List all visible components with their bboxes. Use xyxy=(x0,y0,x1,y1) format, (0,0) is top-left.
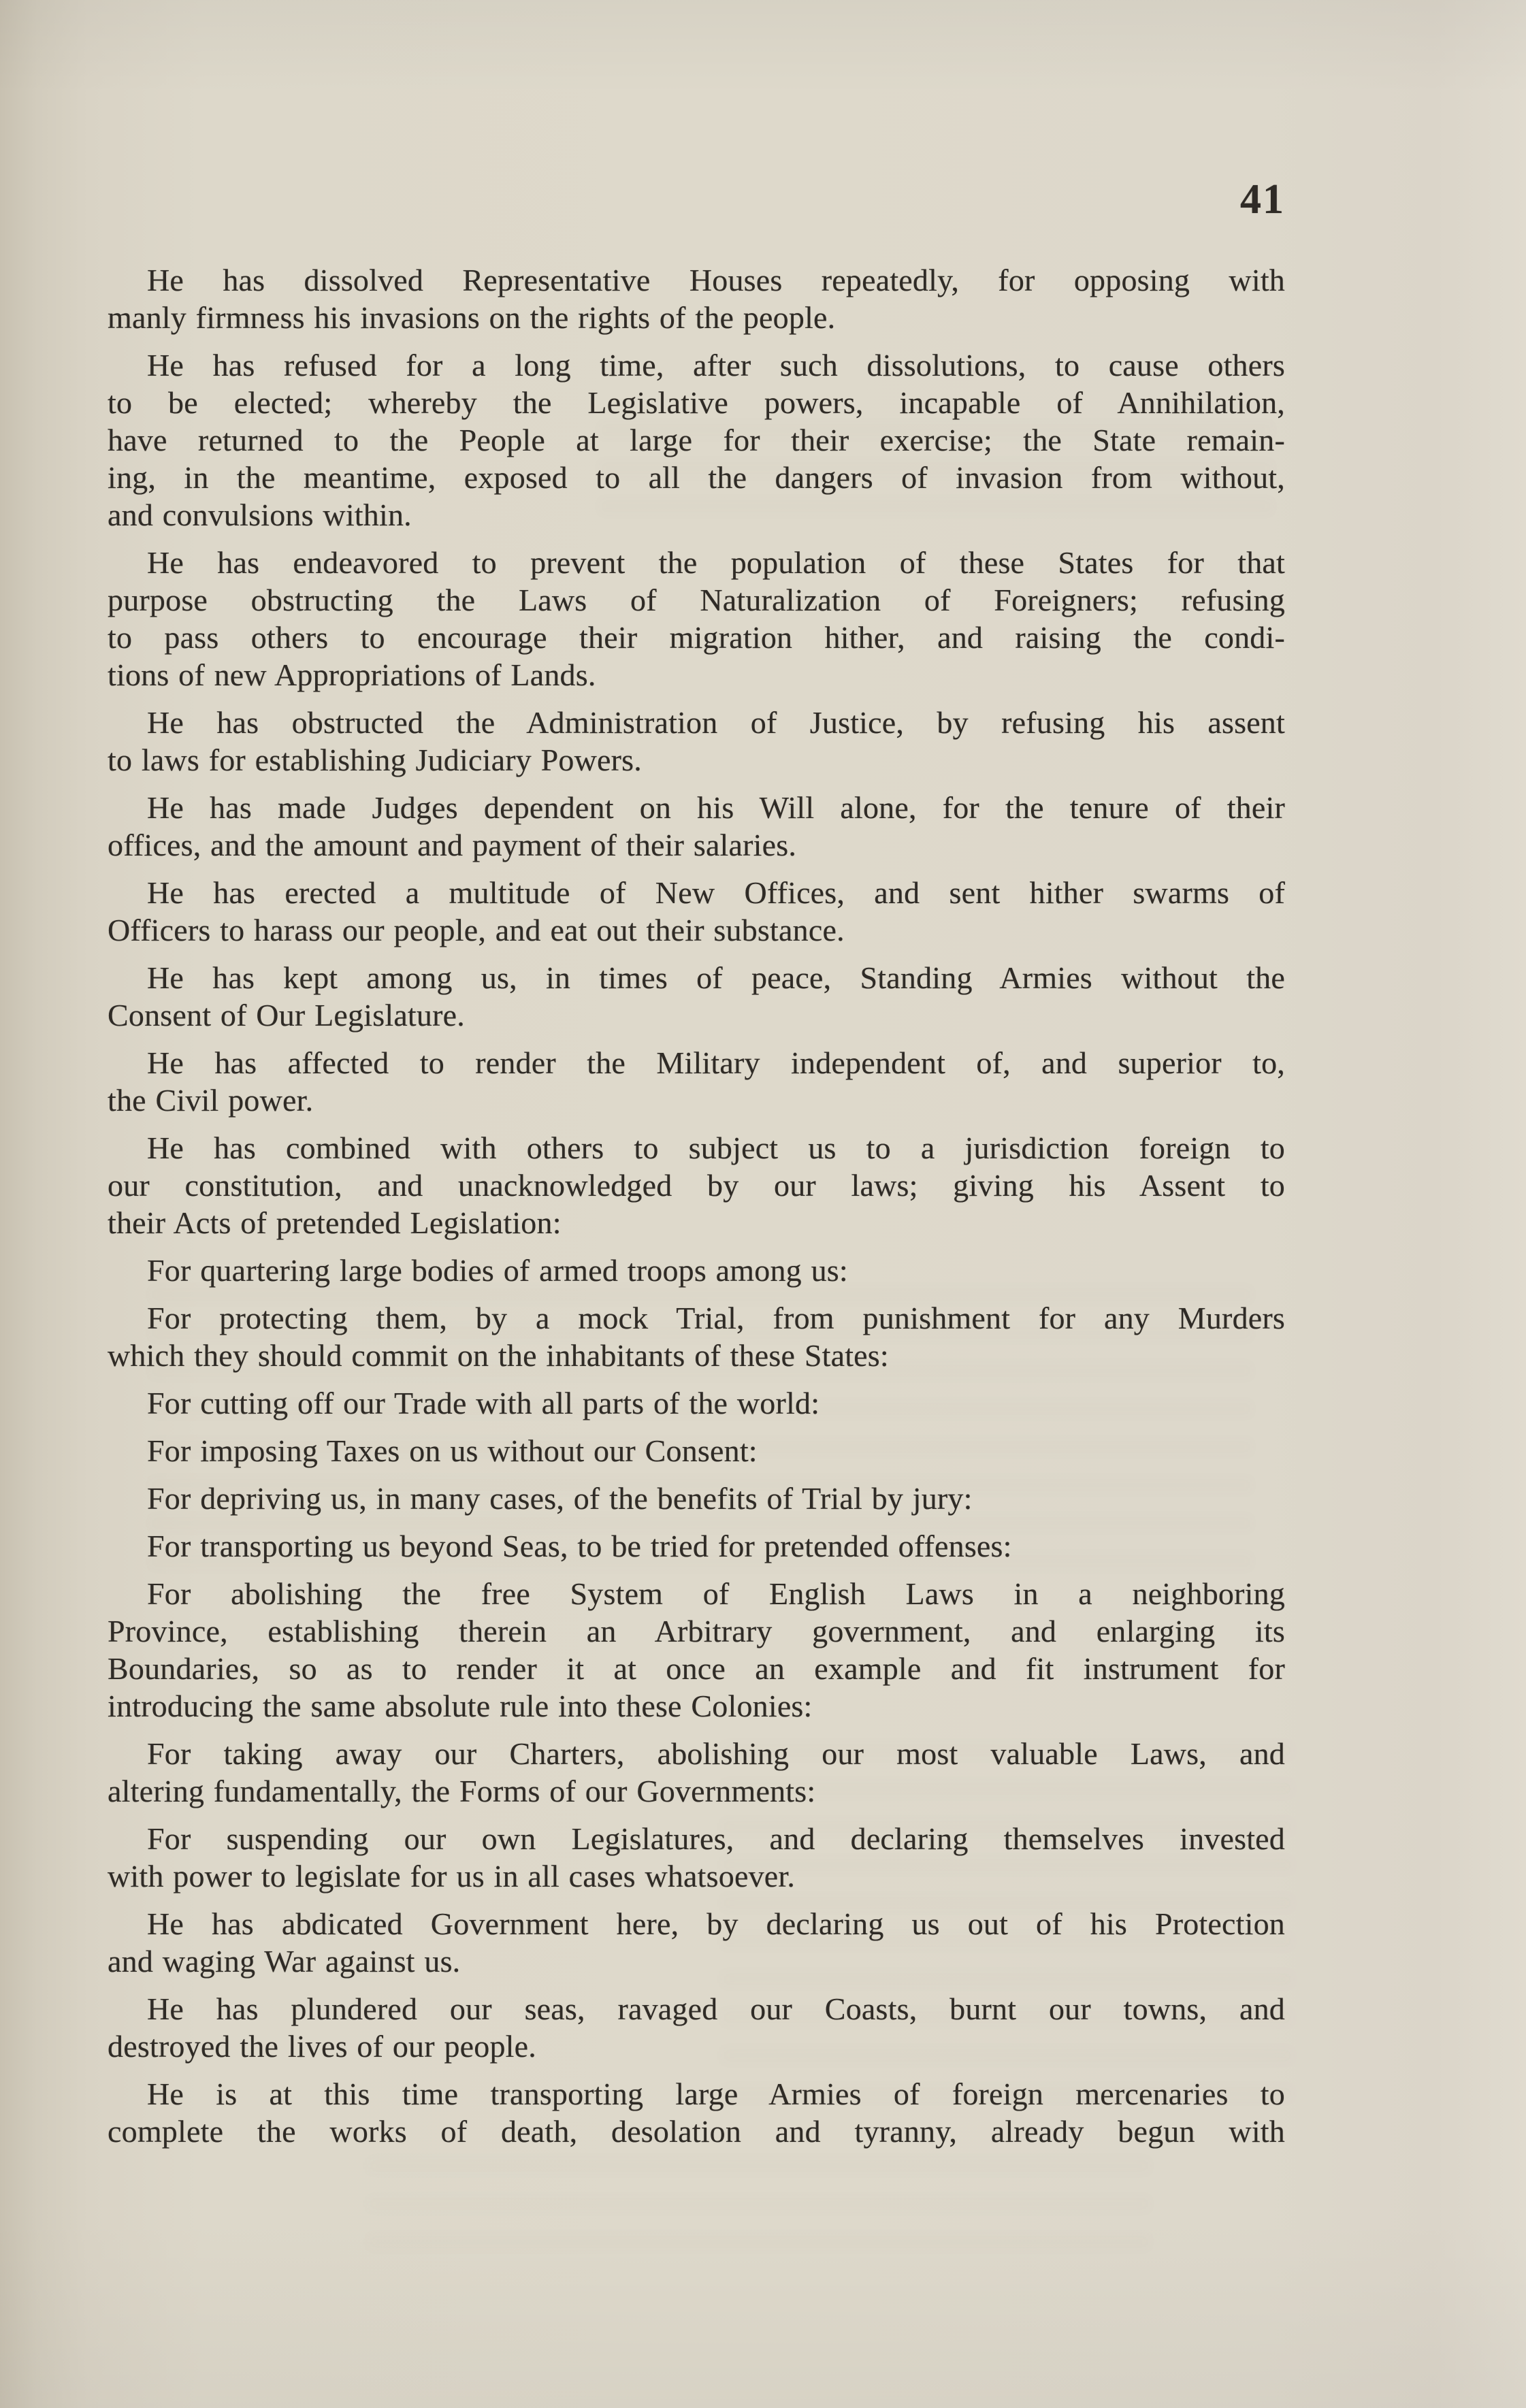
text-line: ing, in the meantime, exposed to all the… xyxy=(108,459,1285,496)
paragraph: He has made Judges dependent on his Will… xyxy=(108,789,1285,864)
text-line: and waging War against us. xyxy=(108,1942,1285,1980)
paragraph: He is at this time transporting large Ar… xyxy=(108,2075,1285,2150)
text-line: altering fundamentally, the Forms of our… xyxy=(108,1772,1285,1810)
text-line: to pass others to encourage their migrat… xyxy=(108,619,1285,656)
paragraph: He has refused for a long time, after su… xyxy=(108,346,1285,534)
text-line: introducing the same absolute rule into … xyxy=(108,1687,1285,1725)
text-line: destroyed the lives of our people. xyxy=(108,2028,1285,2065)
paragraph: For depriving us, in many cases, of the … xyxy=(108,1480,1285,1517)
paragraph: For transporting us beyond Seas, to be t… xyxy=(108,1527,1285,1565)
text-line: the Civil power. xyxy=(108,1081,1285,1119)
paragraph: For cutting off our Trade with all parts… xyxy=(108,1384,1285,1422)
text-line: to be elected; whereby the Legislative p… xyxy=(108,384,1285,421)
show-through-ghost xyxy=(368,2158,1150,2273)
paragraph: He has combined with others to subject u… xyxy=(108,1129,1285,1241)
text-line: He has obstructed the Administration of … xyxy=(108,704,1285,741)
text-line: offices, and the amount and payment of t… xyxy=(108,826,1285,864)
scanned-book-page: 41 He has dissolved Representative House… xyxy=(0,0,1526,2408)
text-line: He has plundered our seas, ravaged our C… xyxy=(108,1990,1285,2028)
text-line: He is at this time transporting large Ar… xyxy=(108,2075,1285,2113)
text-line: Consent of Our Legislature. xyxy=(108,996,1285,1034)
paragraph: For imposing Taxes on us without our Con… xyxy=(108,1432,1285,1469)
text-line: For taking away our Charters, abolishing… xyxy=(108,1735,1285,1772)
paragraph: He has kept among us, in times of peace,… xyxy=(108,959,1285,1034)
text-line: For depriving us, in many cases, of the … xyxy=(108,1480,1285,1517)
text-line: He has abdicated Government here, by dec… xyxy=(108,1905,1285,1942)
text-line: For imposing Taxes on us without our Con… xyxy=(108,1432,1285,1469)
text-line: He has affected to render the Military i… xyxy=(108,1044,1285,1081)
paragraph: For suspending our own Legislatures, and… xyxy=(108,1820,1285,1895)
paragraph: He has erected a multitude of New Office… xyxy=(108,874,1285,949)
text-line: He has erected a multitude of New Office… xyxy=(108,874,1285,911)
text-line: which they should commit on the inhabita… xyxy=(108,1337,1285,1374)
paragraph: For quartering large bodies of armed tro… xyxy=(108,1252,1285,1289)
text-line: For protecting them, by a mock Trial, fr… xyxy=(108,1299,1285,1337)
page-number: 41 xyxy=(108,176,1285,224)
text-line: Boundaries, so as to render it at once a… xyxy=(108,1650,1285,1687)
paragraph: He has dissolved Representative Houses r… xyxy=(108,261,1285,336)
paragraph: For abolishing the free System of Englis… xyxy=(108,1575,1285,1725)
paragraph: For taking away our Charters, abolishing… xyxy=(108,1735,1285,1810)
text-line: For quartering large bodies of armed tro… xyxy=(108,1252,1285,1289)
text-line: have returned to the People at large for… xyxy=(108,421,1285,459)
text-line: with power to legislate for us in all ca… xyxy=(108,1857,1285,1895)
text-line: For cutting off our Trade with all parts… xyxy=(108,1384,1285,1422)
text-line: For transporting us beyond Seas, to be t… xyxy=(108,1527,1285,1565)
paragraph: He has plundered our seas, ravaged our C… xyxy=(108,1990,1285,2065)
paragraph: He has obstructed the Administration of … xyxy=(108,704,1285,779)
text-line: He has dissolved Representative Houses r… xyxy=(108,261,1285,299)
text-line: He has combined with others to subject u… xyxy=(108,1129,1285,1167)
text-line: manly firmness his invasions on the righ… xyxy=(108,299,1285,336)
text-line: For suspending our own Legislatures, and… xyxy=(108,1820,1285,1857)
text-line: tions of new Appropriations of Lands. xyxy=(108,656,1285,694)
text-line: For abolishing the free System of Englis… xyxy=(108,1575,1285,1612)
text-line: Officers to harass our people, and eat o… xyxy=(108,911,1285,949)
paragraph: He has abdicated Government here, by dec… xyxy=(108,1905,1285,1980)
text-line: their Acts of pretended Legislation: xyxy=(108,1204,1285,1241)
text-line: and convulsions within. xyxy=(108,496,1285,534)
text-line: He has kept among us, in times of peace,… xyxy=(108,959,1285,996)
paragraph: He has endeavored to prevent the populat… xyxy=(108,544,1285,694)
page-text: He has dissolved Representative Houses r… xyxy=(108,261,1285,2160)
text-line: complete the works of death, desolation … xyxy=(108,2113,1285,2150)
text-line: to laws for establishing Judiciary Power… xyxy=(108,741,1285,779)
text-line: He has made Judges dependent on his Will… xyxy=(108,789,1285,826)
text-line: Province, establishing therein an Arbitr… xyxy=(108,1612,1285,1650)
paragraph: For protecting them, by a mock Trial, fr… xyxy=(108,1299,1285,1374)
text-line: He has refused for a long time, after su… xyxy=(108,346,1285,384)
text-line: our constitution, and unacknowledged by … xyxy=(108,1167,1285,1204)
text-line: He has endeavored to prevent the populat… xyxy=(108,544,1285,581)
text-line: purpose obstructing the Laws of Naturali… xyxy=(108,581,1285,619)
paragraph: He has affected to render the Military i… xyxy=(108,1044,1285,1119)
